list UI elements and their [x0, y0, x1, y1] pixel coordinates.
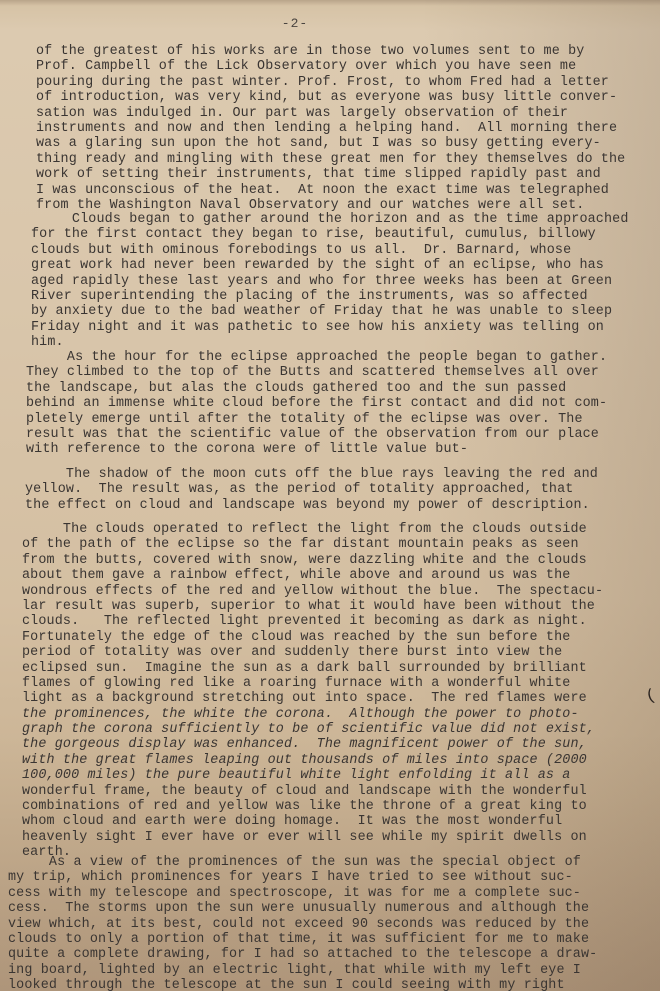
text-line: quite a complete drawing, for I had so a… [8, 947, 660, 962]
text-line: with the great flames leaping out thousa… [22, 753, 660, 768]
paragraph-6: As a view of the prominences of the sun … [8, 855, 660, 991]
text-line: of the path of the eclipse so the far di… [22, 537, 660, 552]
page-number: -2- [0, 16, 590, 31]
text-line: yellow. The result was, as the period of… [25, 482, 660, 497]
text-line: thing ready and mingling with these grea… [36, 152, 660, 167]
text-line: wondrous effects of the red and yellow w… [22, 584, 660, 599]
text-line: graph the corona sufficiently to be of s… [22, 722, 660, 737]
text-line: instruments and now and then lending a h… [36, 121, 660, 136]
text-line: behind an immense white cloud before the… [26, 396, 660, 411]
text-line: from the Washington Naval Observatory an… [36, 198, 660, 213]
text-line: pouring during the past winter. Prof. Fr… [36, 75, 660, 90]
text-line: Clouds began to gather around the horizo… [31, 212, 660, 227]
text-line: result was that the scientific value of … [26, 427, 660, 442]
text-line: period of totality was over and suddenly… [22, 645, 660, 660]
text-line: Prof. Campbell of the Lick Observatory o… [36, 59, 660, 74]
text-line: The clouds operated to reflect the light… [22, 522, 660, 537]
text-line: pletely emerge until after the totality … [26, 412, 660, 427]
text-line: The shadow of the moon cuts off the blue… [25, 467, 660, 482]
text-line: lar result was superb, superior to what … [22, 599, 660, 614]
text-line: clouds to only a portion of that time, i… [8, 932, 660, 947]
text-line: River superintending the placing of the … [31, 289, 660, 304]
text-line: was a glaring sun upon the hot sand, but… [36, 136, 660, 151]
text-line: ing board, lighted by an electric light,… [8, 963, 660, 978]
text-line: wonderful frame, the beauty of cloud and… [22, 784, 660, 799]
text-line: 100,000 miles) the pure beautiful white … [22, 768, 660, 783]
text-line: view which, at its best, could not excee… [8, 917, 660, 932]
paragraph-1: of the greatest of his works are in thos… [36, 44, 660, 213]
text-line: Fortunately the edge of the cloud was re… [22, 630, 660, 645]
paragraph-2: Clouds began to gather around the horizo… [31, 212, 660, 351]
paragraph-4: The shadow of the moon cuts off the blue… [25, 467, 660, 513]
text-line: clouds but with ominous forebodings to u… [31, 243, 660, 258]
text-line: for the first contact they began to rise… [31, 227, 660, 242]
text-line: work of setting their instruments, that … [36, 167, 660, 182]
text-line: They climbed to the top of the Butts and… [26, 365, 660, 380]
text-line: my trip, which prominences for years I h… [8, 870, 660, 885]
text-line: sation was indulged in. Our part was lar… [36, 106, 660, 121]
text-line: combinations of red and yellow was like … [22, 799, 660, 814]
text-line: Friday night and it was pathetic to see … [31, 320, 660, 335]
text-line: light as a background stretching out int… [22, 691, 660, 706]
text-line: As the hour for the eclipse approached t… [26, 350, 660, 365]
text-line: aged rapidly these last years and who fo… [31, 274, 660, 289]
text-line: cess. The storms upon the sun were unusu… [8, 901, 660, 916]
text-line: flames of glowing red like a roaring fur… [22, 676, 660, 691]
text-line: heavenly sight I ever have or ever will … [22, 830, 660, 845]
text-line: whom cloud and earth were doing homage. … [22, 814, 660, 829]
text-line: from the butts, covered with snow, were … [22, 553, 660, 568]
text-line: with reference to the corona were of lit… [26, 442, 660, 457]
text-line: about them gave a rainbow effect, while … [22, 568, 660, 583]
text-line: I was unconscious of the heat. At noon t… [36, 183, 660, 198]
text-line: great work had never been rewarded by th… [31, 258, 660, 273]
text-line: of introduction, was very kind, but as e… [36, 90, 660, 105]
text-line: cess with my telescope and spectroscope,… [8, 886, 660, 901]
paragraph-3: As the hour for the eclipse approached t… [26, 350, 660, 458]
text-line: him. [31, 335, 660, 350]
paragraph-5: The clouds operated to reflect the light… [22, 522, 660, 861]
text-line: clouds. The reflected light prevented it… [22, 614, 660, 629]
text-line: the effect on cloud and landscape was be… [25, 498, 660, 513]
text-line: of the greatest of his works are in thos… [36, 44, 660, 59]
text-line: by anxiety due to the bad weather of Fri… [31, 304, 660, 319]
text-line: eclipsed sun. Imagine the sun as a dark … [22, 661, 660, 676]
text-line: the prominences, the white the corona. A… [22, 707, 660, 722]
text-line: As a view of the prominences of the sun … [8, 855, 660, 870]
text-line: looked through the telescope at the sun … [8, 978, 660, 991]
text-line: the gorgeous display was enhanced. The m… [22, 737, 660, 752]
text-line: the landscape, but alas the clouds gathe… [26, 381, 660, 396]
